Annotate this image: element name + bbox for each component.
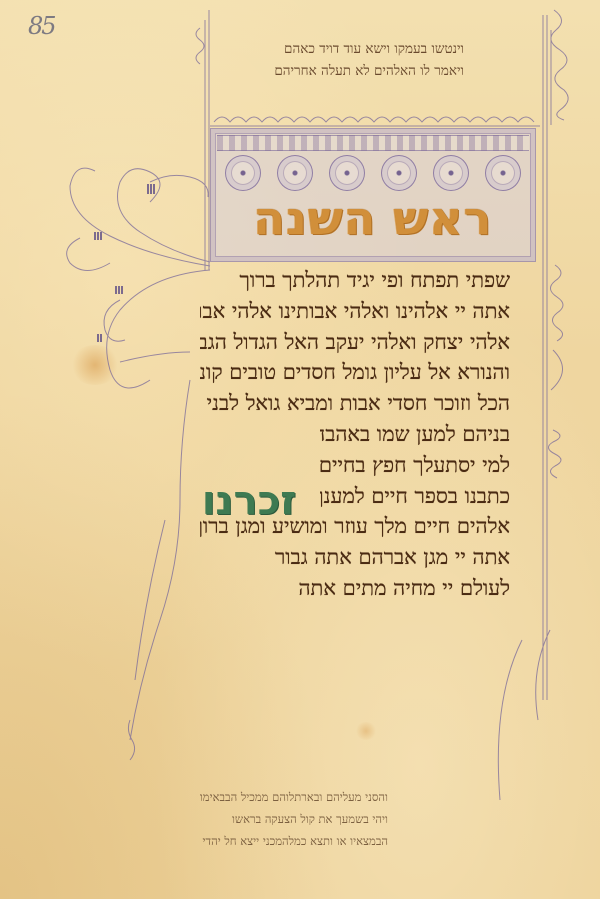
upper-text-line: ויאמר לו האלהים לא תעלה אחריהם — [232, 60, 464, 82]
main-text-block: שפתי תפתח ופי יגיד תהלתך ברוך אתה יי אלה… — [200, 265, 510, 604]
main-text-line: הכל וזוכר חסדי אבות ומביא גואל לבני — [200, 388, 510, 419]
rosette-ornament — [381, 155, 417, 191]
upper-text-line: וינטשו בעמקו וישא עוד דויד כאהם — [232, 38, 464, 60]
main-text-line: אלהי יצחק ואלהי יעקב האל הגדול הגבור — [200, 327, 510, 358]
main-text-line: כתבנו בספר חיים למענך — [320, 481, 510, 512]
main-text-line: בניהם למען שמו באהבה — [320, 419, 510, 450]
manuscript-page: 85 — [0, 0, 600, 899]
folio-number: 85 — [28, 12, 55, 40]
main-text-line: שפתי תפתח ופי יגיד תהלתך ברוך — [200, 265, 510, 296]
main-text-line: אתה יי אלהינו ואלהי אבותינו אלהי אברהם — [200, 296, 510, 327]
main-text-line: למי יסתעלך חפץ בחיים — [320, 450, 510, 481]
rosette-ornament — [329, 155, 365, 191]
rosette-ornament — [277, 155, 313, 191]
upper-text-block: וינטשו בעמקו וישא עוד דויד כאהם ויאמר לו… — [232, 38, 464, 82]
main-text-line: לעולם יי מחיה מתים אתה — [200, 573, 510, 604]
title-panel: ראש השנה — [210, 128, 536, 262]
lower-text-line: והסני מעליהם ובארתלוהם ממכיל הבבאימו — [203, 786, 388, 808]
rosette-ornament — [433, 155, 469, 191]
parchment-stain — [70, 345, 120, 385]
rosette-ornament — [225, 155, 261, 191]
rosette-ornament — [485, 155, 521, 191]
green-highlight-word: זכרנו — [184, 474, 314, 528]
main-text-line: והנורא אל עליון גומל חסדים טובים קונה — [200, 357, 510, 388]
parchment-stain — [355, 722, 377, 740]
lower-text-block: והסני מעליהם ובארתלוהם ממכיל הבבאימו ויה… — [203, 786, 388, 852]
gold-title: ראש השנה — [233, 187, 513, 249]
lower-text-line: הבמצאיו או ותצא כמלהמכני ייצא חל יהדי — [203, 830, 388, 852]
panel-border-band — [217, 135, 529, 151]
main-text-line: אתה יי מגן אברהם אתה גבור — [200, 542, 510, 573]
lower-text-line: ויהי בשמעך את קול הצעקה בראשו — [203, 808, 388, 830]
